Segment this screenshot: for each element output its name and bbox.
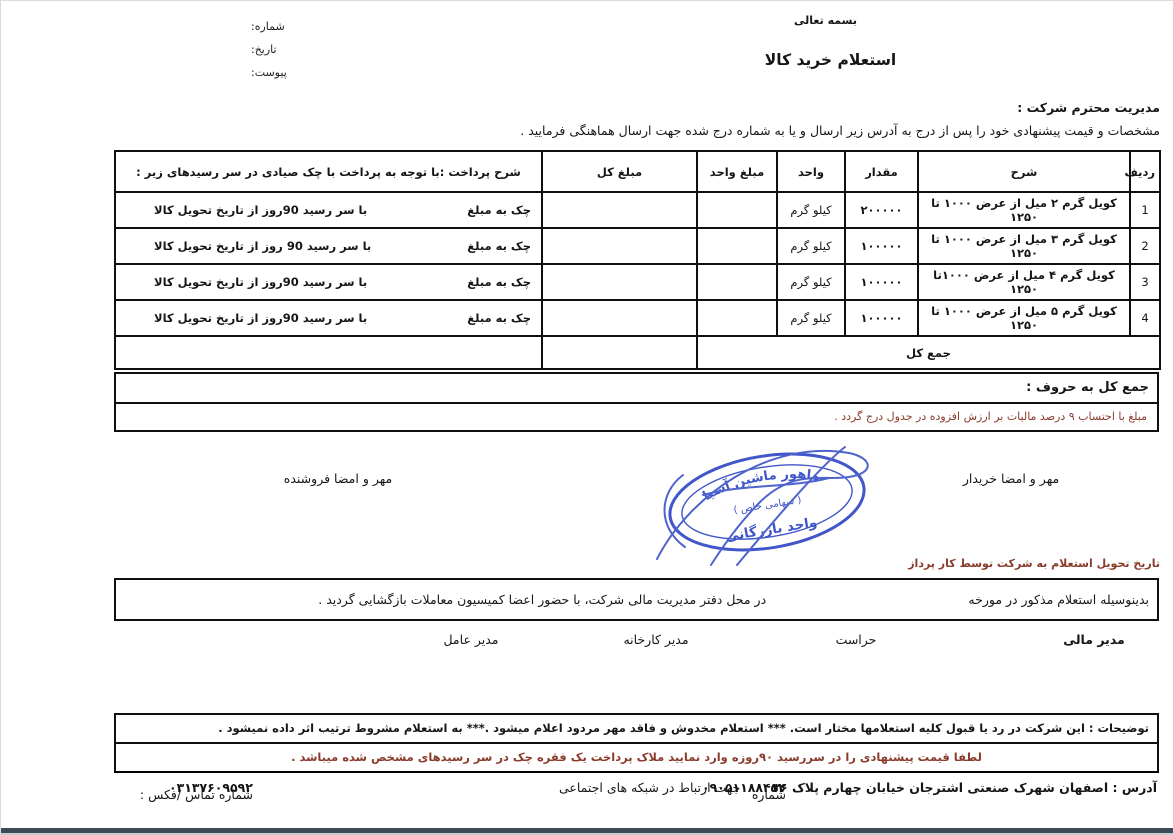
phone-number-label: شماره [752, 787, 786, 802]
social-media-text: جهت ارتباط در شبکه های اجتماعی [559, 780, 740, 795]
opening-location-text: در محل دفتر مدیریت مالی شرکت، با حضور اع… [318, 592, 766, 607]
grand-total-label: جمع کل [697, 336, 1160, 369]
date-field-label: تاریخ: [251, 38, 341, 61]
intro-paragraph: مشخصات و قیمت پیشنهادی خود را پس از درج … [520, 123, 1160, 138]
stamp-company-type: ( سهامی خاص ) [733, 495, 802, 517]
table-row: 2 کویل گرم ۳ میل از عرض ۱۰۰۰ تا ۱۲۵۰ ۱۰۰… [115, 228, 1160, 264]
table-row: 1 کویل گرم ۲ میل از عرض ۱۰۰۰ تا ۱۲۵۰ ۲۰۰… [115, 192, 1160, 228]
quantity-cell: ۱۰۰۰۰۰ [845, 264, 918, 300]
address-text: آدرس : اصفهان شهرک صنعتی اشترجان خیابان … [772, 780, 1157, 795]
col-header-quantity: مقدار [845, 151, 918, 192]
finance-manager-label: مدیر مالی [1039, 632, 1149, 647]
unit-price-cell [697, 192, 777, 228]
fax-label: شماره تماس /فکس : [140, 787, 253, 802]
grand-total-row: جمع کل [115, 336, 1160, 369]
total-in-words-label: جمع کل به حروف : [116, 374, 1157, 402]
quantity-cell: ۲۰۰۰۰۰ [845, 192, 918, 228]
payment-terms-cell: با سر رسید 90روز از تاریخ تحویل کالا چک … [115, 300, 542, 336]
inquiry-document-page: بسمه تعالی استعلام خرید کالا شماره: تاری… [0, 0, 1173, 835]
total-in-words-box: جمع کل به حروف : مبلغ با احتساب ۹ درصد م… [114, 372, 1159, 432]
payment-check-text: چک به مبلغ [467, 203, 531, 217]
payment-check-text: چک به مبلغ [467, 239, 531, 253]
security-label: حراست [801, 632, 911, 647]
payment-check-text: چک به مبلغ [467, 311, 531, 325]
unit-cell: کیلو گرم [777, 300, 845, 336]
page-title: استعلام خرید کالا [743, 51, 918, 69]
fax-block: شماره تماس /فکس : ۰۳۱۳۷۶۰۹۵۹۲ [169, 780, 253, 795]
description-cell: کویل گرم ۳ میل از عرض ۱۰۰۰ تا ۱۲۵۰ [918, 228, 1130, 264]
table-header-row: ردیف شرح مقدار واحد مبلغ واحد مبلغ کل شر… [115, 151, 1160, 192]
total-price-cell [542, 228, 697, 264]
payment-due-text: با سر رسید 90روز از تاریخ تحویل کالا [154, 275, 367, 289]
col-header-payment-terms: شرح پرداخت :با توجه به پرداخت با چک صیاد… [115, 151, 542, 192]
footer-contact-row: آدرس : اصفهان شهرک صنعتی اشترجان خیابان … [114, 771, 1159, 805]
col-header-row-number: ردیف [1130, 151, 1160, 192]
row-number-cell: 1 [1130, 192, 1160, 228]
table-row: 3 کویل گرم ۴ میل از عرض ۱۰۰۰تا ۱۲۵۰ ۱۰۰۰… [115, 264, 1160, 300]
description-cell: کویل گرم ۴ میل از عرض ۱۰۰۰تا ۱۲۵۰ [918, 264, 1130, 300]
seller-signature-label: مهر و امضا فروشنده [273, 471, 403, 486]
description-cell: کویل گرم ۲ میل از عرض ۱۰۰۰ تا ۱۲۵۰ [918, 192, 1130, 228]
table-row: 4 کویل گرم ۵ میل از عرض ۱۰۰۰ تا ۱۲۵۰ ۱۰۰… [115, 300, 1160, 336]
payment-terms-cell: با سر رسید 90 روز از تاریخ تحویل کالا چک… [115, 228, 542, 264]
delivery-heading: تاریخ تحویل استعلام به شرکت توسط کار پرد… [908, 557, 1160, 570]
unit-cell: کیلو گرم [777, 228, 845, 264]
row-number-cell: 3 [1130, 264, 1160, 300]
col-header-unit-price: مبلغ واحد [697, 151, 777, 192]
row-number-cell: 2 [1130, 228, 1160, 264]
opening-date-text: بدینوسیله استعلام مذکور در مورخه [968, 592, 1149, 607]
col-header-description: شرح [918, 151, 1130, 192]
vat-note-text: مبلغ با احتساب ۹ درصد مالیات بر ارزش افز… [116, 402, 1157, 430]
factory-manager-label: مدیر کارخانه [591, 632, 721, 647]
attachment-field-label: پیوست: [251, 61, 341, 84]
grand-total-amount-cell [542, 336, 697, 369]
besmele-text: بسمه تعالی [758, 14, 893, 27]
buyer-signature-label: مهر و امضا خریدار [951, 471, 1071, 486]
description-cell: کویل گرم ۵ میل از عرض ۱۰۰۰ تا ۱۲۵۰ [918, 300, 1130, 336]
total-price-cell [542, 300, 697, 336]
col-header-total-price: مبلغ کل [542, 151, 697, 192]
unit-cell: کیلو گرم [777, 192, 845, 228]
officials-signature-row: مدیر مالی حراست مدیر کارخانه مدیر عامل [1, 632, 1173, 652]
doc-meta-fields: شماره: تاریخ: پیوست: [251, 15, 341, 84]
unit-price-cell [697, 228, 777, 264]
items-table: ردیف شرح مقدار واحد مبلغ واحد مبلغ کل شر… [114, 150, 1161, 370]
payment-terms-cell: با سر رسید 90روز از تاریخ تحویل کالا چک … [115, 192, 542, 228]
grand-total-payment-cell [115, 336, 542, 369]
payment-due-text: با سر رسید 90روز از تاریخ تحویل کالا [154, 203, 367, 217]
total-price-cell [542, 264, 697, 300]
col-header-unit: واحد [777, 151, 845, 192]
salutation-text: مدیریت محترم شرکت : [1017, 100, 1160, 115]
company-stamp: ماهور ماشین آسیا ( سهامی خاص ) واحد بازر… [649, 441, 884, 566]
total-price-cell [542, 192, 697, 228]
number-field-label: شماره: [251, 15, 341, 38]
unit-price-cell [697, 264, 777, 300]
notes-line-2: لطفا قیمت پیشنهادی را در سررسید ۹۰روزه و… [116, 742, 1157, 771]
payment-check-text: چک به مبلغ [467, 275, 531, 289]
ceo-label: مدیر عامل [406, 632, 536, 647]
unit-price-cell [697, 300, 777, 336]
payment-due-text: با سر رسید 90 روز از تاریخ تحویل کالا [154, 239, 371, 253]
unit-cell: کیلو گرم [777, 264, 845, 300]
opening-statement-box: بدینوسیله استعلام مذکور در مورخه در محل … [114, 578, 1159, 621]
notes-box: توضیحات : این شرکت در رد یا قبول کلیه اس… [114, 713, 1159, 773]
quantity-cell: ۱۰۰۰۰۰ [845, 300, 918, 336]
notes-line-1: توضیحات : این شرکت در رد یا قبول کلیه اس… [116, 715, 1157, 742]
payment-terms-cell: با سر رسید 90روز از تاریخ تحویل کالا چک … [115, 264, 542, 300]
payment-due-text: با سر رسید 90روز از تاریخ تحویل کالا [154, 311, 367, 325]
quantity-cell: ۱۰۰۰۰۰ [845, 228, 918, 264]
row-number-cell: 4 [1130, 300, 1160, 336]
